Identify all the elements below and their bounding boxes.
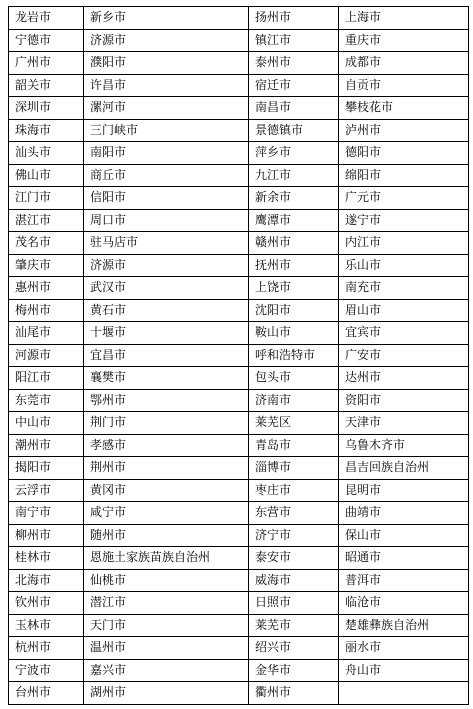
table-cell: 新余市 [249, 187, 339, 210]
table-cell: 广安市 [339, 344, 469, 367]
table-cell: 天津市 [339, 412, 469, 435]
table-row: 梅州市黄石市沈阳市眉山市 [9, 299, 469, 322]
table-cell: 潮州市 [9, 434, 84, 457]
table-cell: 北海市 [9, 569, 84, 592]
table-cell: 宿迁市 [249, 74, 339, 97]
table-cell: 宁波市 [9, 659, 84, 682]
table-cell: 乐山市 [339, 254, 469, 277]
table-row: 深圳市漯河市南昌市攀枝花市 [9, 97, 469, 120]
table-cell: 茂名市 [9, 232, 84, 255]
table-row: 惠州市武汉市上饶市南充市 [9, 277, 469, 300]
table-row: 龙岩市新乡市扬州市上海市 [9, 7, 469, 30]
table-cell: 济南市 [249, 389, 339, 412]
table-row: 玉林市天门市莱芜市楚雄彝族自治州 [9, 614, 469, 637]
table-cell: 内江市 [339, 232, 469, 255]
table-cell: 临沧市 [339, 592, 469, 615]
table-cell: 济源市 [84, 254, 249, 277]
table-cell: 周口市 [84, 209, 249, 232]
table-cell: 呼和浩特市 [249, 344, 339, 367]
table-cell: 钦州市 [9, 592, 84, 615]
table-cell: 珠海市 [9, 119, 84, 142]
table-cell: 惠州市 [9, 277, 84, 300]
table-cell: 南宁市 [9, 502, 84, 525]
table-cell [339, 682, 469, 705]
table-cell: 韶关市 [9, 74, 84, 97]
table-row: 宁波市嘉兴市金华市舟山市 [9, 659, 469, 682]
table-cell: 莱芜区 [249, 412, 339, 435]
table-cell: 随州市 [84, 524, 249, 547]
table-cell: 泸州市 [339, 119, 469, 142]
table-cell: 绍兴市 [249, 637, 339, 660]
table-row: 韶关市许昌市宿迁市自贡市 [9, 74, 469, 97]
table-cell: 金华市 [249, 659, 339, 682]
table-row: 阳江市襄樊市包头市达州市 [9, 367, 469, 390]
table-cell: 昭通市 [339, 547, 469, 570]
table-cell: 眉山市 [339, 299, 469, 322]
table-row: 云浮市黄冈市枣庄市昆明市 [9, 479, 469, 502]
table-cell: 肇庆市 [9, 254, 84, 277]
table-cell: 莱芜市 [249, 614, 339, 637]
table-cell: 乌鲁木齐市 [339, 434, 469, 457]
table-cell: 日照市 [249, 592, 339, 615]
table-cell: 东莞市 [9, 389, 84, 412]
table-row: 中山市荆门市莱芜区天津市 [9, 412, 469, 435]
table-cell: 宜宾市 [339, 322, 469, 345]
table-cell: 孝感市 [84, 434, 249, 457]
table-cell: 景德镇市 [249, 119, 339, 142]
table-cell: 济宁市 [249, 524, 339, 547]
table-row: 柳州市随州市济宁市保山市 [9, 524, 469, 547]
table-cell: 武汉市 [84, 277, 249, 300]
table-cell: 舟山市 [339, 659, 469, 682]
table-cell: 台州市 [9, 682, 84, 705]
table-cell: 镇江市 [249, 29, 339, 52]
table-cell: 青岛市 [249, 434, 339, 457]
table-cell: 泰州市 [249, 52, 339, 75]
table-cell: 许昌市 [84, 74, 249, 97]
table-row: 北海市仙桃市威海市普洱市 [9, 569, 469, 592]
table-row: 宁德市济源市镇江市重庆市 [9, 29, 469, 52]
table-cell: 包头市 [249, 367, 339, 390]
table-cell: 达州市 [339, 367, 469, 390]
table-cell: 咸宁市 [84, 502, 249, 525]
table-row: 东莞市鄂州市济南市资阳市 [9, 389, 469, 412]
table-cell: 佛山市 [9, 164, 84, 187]
table-cell: 驻马店市 [84, 232, 249, 255]
table-cell: 遂宁市 [339, 209, 469, 232]
table-cell: 攀枝花市 [339, 97, 469, 120]
table-row: 桂林市恩施土家族苗族自治州泰安市昭通市 [9, 547, 469, 570]
table-cell: 扬州市 [249, 7, 339, 30]
table-cell: 赣州市 [249, 232, 339, 255]
table-row: 广州市濮阳市泰州市成都市 [9, 52, 469, 75]
table-cell: 中山市 [9, 412, 84, 435]
table-row: 湛江市周口市鹰潭市遂宁市 [9, 209, 469, 232]
table-cell: 漯河市 [84, 97, 249, 120]
table-cell: 荆州市 [84, 457, 249, 480]
table-cell: 潜江市 [84, 592, 249, 615]
table-cell: 嘉兴市 [84, 659, 249, 682]
table-cell: 上饶市 [249, 277, 339, 300]
table-cell: 玉林市 [9, 614, 84, 637]
table-cell: 鹰潭市 [249, 209, 339, 232]
table-row: 南宁市咸宁市东营市曲靖市 [9, 502, 469, 525]
table-cell: 仙桃市 [84, 569, 249, 592]
table-cell: 深圳市 [9, 97, 84, 120]
city-name-table: 龙岩市新乡市扬州市上海市宁德市济源市镇江市重庆市广州市濮阳市泰州市成都市韶关市许… [8, 6, 469, 705]
table-cell: 广州市 [9, 52, 84, 75]
table-cell: 保山市 [339, 524, 469, 547]
table-row: 潮州市孝感市青岛市乌鲁木齐市 [9, 434, 469, 457]
table-cell: 丽水市 [339, 637, 469, 660]
table-cell: 汕尾市 [9, 322, 84, 345]
table-cell: 湛江市 [9, 209, 84, 232]
table-cell: 梅州市 [9, 299, 84, 322]
table-row: 江门市信阳市新余市广元市 [9, 187, 469, 210]
table-cell: 荆门市 [84, 412, 249, 435]
table-cell: 宁德市 [9, 29, 84, 52]
table-row: 珠海市三门峡市景德镇市泸州市 [9, 119, 469, 142]
table-cell: 曲靖市 [339, 502, 469, 525]
table-cell: 桂林市 [9, 547, 84, 570]
table-cell: 济源市 [84, 29, 249, 52]
table-row: 汕头市南阳市萍乡市德阳市 [9, 142, 469, 165]
table-cell: 濮阳市 [84, 52, 249, 75]
table-cell: 龙岩市 [9, 7, 84, 30]
table-row: 茂名市驻马店市赣州市内江市 [9, 232, 469, 255]
table-cell: 襄樊市 [84, 367, 249, 390]
table-cell: 泰安市 [249, 547, 339, 570]
table-cell: 阳江市 [9, 367, 84, 390]
table-cell: 信阳市 [84, 187, 249, 210]
table-cell: 昌吉回族自治州 [339, 457, 469, 480]
table-row: 台州市湖州市衢州市 [9, 682, 469, 705]
table-cell: 河源市 [9, 344, 84, 367]
table-row: 河源市宜昌市呼和浩特市广安市 [9, 344, 469, 367]
table-cell: 枣庄市 [249, 479, 339, 502]
table-cell: 鄂州市 [84, 389, 249, 412]
table-cell: 东营市 [249, 502, 339, 525]
table-cell: 湖州市 [84, 682, 249, 705]
table-cell: 德阳市 [339, 142, 469, 165]
table-cell: 上海市 [339, 7, 469, 30]
table-cell: 揭阳市 [9, 457, 84, 480]
table-cell: 宜昌市 [84, 344, 249, 367]
table-cell: 资阳市 [339, 389, 469, 412]
table-cell: 黄冈市 [84, 479, 249, 502]
table-cell: 重庆市 [339, 29, 469, 52]
table-cell: 萍乡市 [249, 142, 339, 165]
table-cell: 恩施土家族苗族自治州 [84, 547, 249, 570]
table-cell: 南阳市 [84, 142, 249, 165]
table-cell: 温州市 [84, 637, 249, 660]
table-row: 汕尾市十堰市鞍山市宜宾市 [9, 322, 469, 345]
table-cell: 柳州市 [9, 524, 84, 547]
table-cell: 南昌市 [249, 97, 339, 120]
table-cell: 三门峡市 [84, 119, 249, 142]
table-cell: 杭州市 [9, 637, 84, 660]
table-cell: 沈阳市 [249, 299, 339, 322]
table-cell: 自贡市 [339, 74, 469, 97]
table-cell: 衢州市 [249, 682, 339, 705]
table-cell: 新乡市 [84, 7, 249, 30]
table-cell: 商丘市 [84, 164, 249, 187]
table-row: 杭州市温州市绍兴市丽水市 [9, 637, 469, 660]
table-cell: 鞍山市 [249, 322, 339, 345]
table-cell: 天门市 [84, 614, 249, 637]
table-cell: 昆明市 [339, 479, 469, 502]
table-cell: 成都市 [339, 52, 469, 75]
table-row: 肇庆市济源市抚州市乐山市 [9, 254, 469, 277]
table-cell: 普洱市 [339, 569, 469, 592]
table-cell: 黄石市 [84, 299, 249, 322]
table-row: 揭阳市荆州市淄博市昌吉回族自治州 [9, 457, 469, 480]
table-cell: 威海市 [249, 569, 339, 592]
table-cell: 广元市 [339, 187, 469, 210]
table-row: 佛山市商丘市九江市绵阳市 [9, 164, 469, 187]
table-cell: 云浮市 [9, 479, 84, 502]
table-body: 龙岩市新乡市扬州市上海市宁德市济源市镇江市重庆市广州市濮阳市泰州市成都市韶关市许… [9, 7, 469, 705]
table-cell: 淄博市 [249, 457, 339, 480]
table-cell: 绵阳市 [339, 164, 469, 187]
table-cell: 抚州市 [249, 254, 339, 277]
table-cell: 楚雄彝族自治州 [339, 614, 469, 637]
table-cell: 江门市 [9, 187, 84, 210]
table-cell: 南充市 [339, 277, 469, 300]
table-cell: 十堰市 [84, 322, 249, 345]
table-row: 钦州市潜江市日照市临沧市 [9, 592, 469, 615]
table-cell: 汕头市 [9, 142, 84, 165]
table-cell: 九江市 [249, 164, 339, 187]
